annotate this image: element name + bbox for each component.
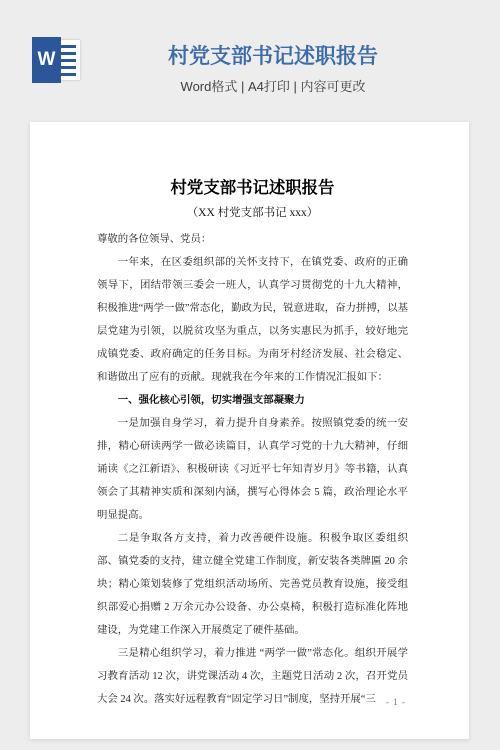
paragraph-item-2: 二是争取各方支持，着力改善硬件设施。积极争取区委组织部、镇党委的支持，建立健全党…: [97, 527, 408, 642]
template-header: W 村党支部书记述职报告 Word格式 | A4打印 | 内容可更改: [0, 0, 500, 122]
template-title: 村党支部书记述职报告: [46, 0, 500, 68]
document-body: 尊敬的各位领导、党员： 一年来，在区委组织部的关怀支持下，在镇党委、政府的正确领…: [97, 228, 408, 711]
paragraph-item-1: 一是加强自身学习，着力提升自身素养。按照镇党委的统一安排，精心研读两学一做必读篇…: [97, 412, 408, 527]
page-number: - 1 -: [386, 697, 406, 707]
section-heading-1: 一、强化核心引领，切实增强支部凝聚力: [97, 389, 408, 412]
word-icon-letter: W: [32, 37, 61, 83]
salutation-line: 尊敬的各位领导、党员：: [97, 228, 408, 251]
document-title: 村党支部书记述职报告: [97, 178, 408, 198]
paragraph-intro: 一年来，在区委组织部的关怀支持下，在镇党委、政府的正确领导下，团结带领三委会一班…: [97, 251, 408, 389]
paragraph-item-3: 三是精心组织学习，着力推进 “两学一做”常态化。组织开展学习教育活动 12 次，…: [97, 642, 408, 711]
template-subtitle: Word格式 | A4打印 | 内容可更改: [46, 79, 500, 94]
word-icon: W: [32, 37, 80, 83]
document-page: 村党支部书记述职报告 （XX 村党支部书记 xxx） 尊敬的各位领导、党员： 一…: [30, 122, 469, 739]
document-byline: （XX 村党支部书记 xxx）: [97, 205, 408, 221]
